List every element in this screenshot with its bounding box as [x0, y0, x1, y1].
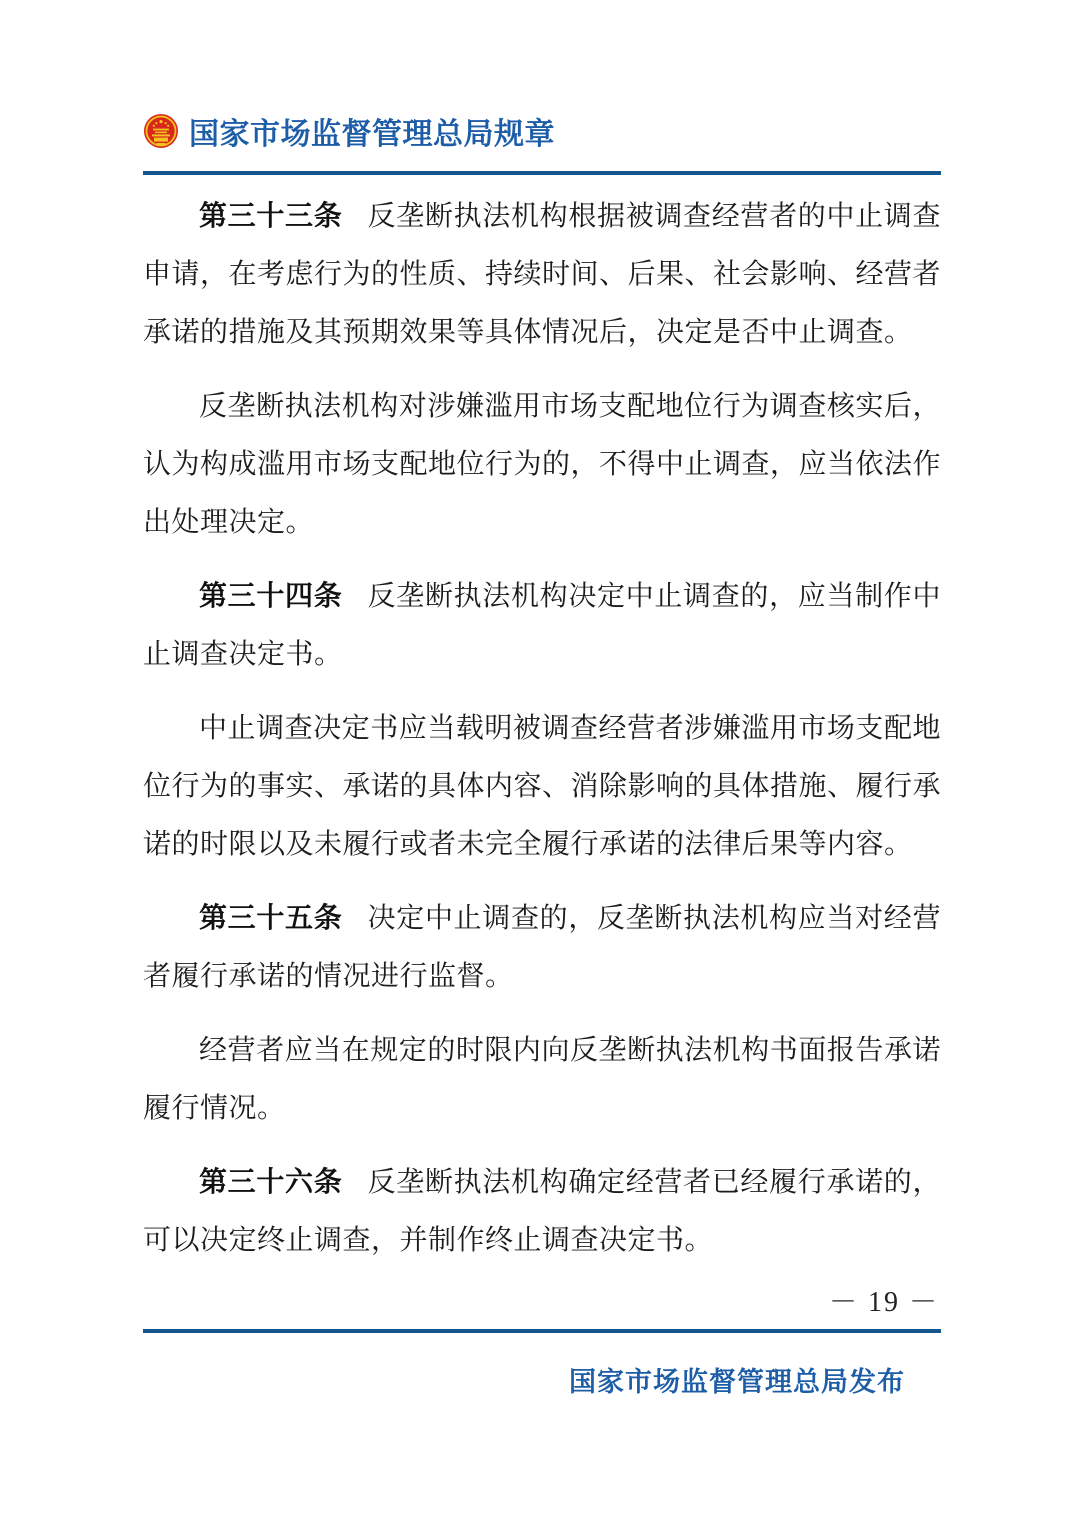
article-text: 经营者应当在规定的时限内向反垄断执法机构书面报告承诺履行情况。 — [143, 1035, 941, 1124]
national-emblem-icon — [143, 112, 179, 157]
article-number: 第三十四条 — [199, 581, 342, 612]
page-number: － 19 － — [829, 1280, 939, 1320]
law-article-paragraph: 第三十五条决定中止调查的，反垄断执法机构应当对经营者履行承诺的情况进行监督。 — [143, 890, 941, 1006]
article-number: 第三十六条 — [199, 1167, 342, 1198]
page-header: 国家市场监督管理总局规章 — [143, 112, 555, 157]
document-body: 第三十三条反垄断执法机构根据被调查经营者的中止调查申请，在考虑行为的性质、持续时… — [143, 188, 941, 1286]
law-article-paragraph: 反垄断执法机构对涉嫌滥用市场支配地位行为调查核实后，认为构成滥用市场支配地位行为… — [143, 378, 941, 552]
article-text: 中止调查决定书应当载明被调查经营者涉嫌滥用市场支配地位行为的事实、承诺的具体内容… — [143, 713, 941, 860]
law-article-paragraph: 经营者应当在规定的时限内向反垄断执法机构书面报告承诺履行情况。 — [143, 1022, 941, 1138]
article-number: 第三十三条 — [199, 201, 342, 232]
header-rule — [143, 171, 941, 175]
law-article-paragraph: 第三十六条反垄断执法机构确定经营者已经履行承诺的，可以决定终止调查，并制作终止调… — [143, 1154, 941, 1270]
article-number: 第三十五条 — [199, 903, 342, 934]
footer-rule — [143, 1329, 941, 1333]
footer-publisher: 国家市场监督管理总局发布 — [569, 1360, 905, 1399]
header-title: 国家市场监督管理总局规章 — [189, 115, 555, 155]
article-text: 反垄断执法机构对涉嫌滥用市场支配地位行为调查核实后，认为构成滥用市场支配地位行为… — [143, 391, 941, 538]
law-article-paragraph: 中止调查决定书应当载明被调查经营者涉嫌滥用市场支配地位行为的事实、承诺的具体内容… — [143, 700, 941, 874]
law-article-paragraph: 第三十三条反垄断执法机构根据被调查经营者的中止调查申请，在考虑行为的性质、持续时… — [143, 188, 941, 362]
document-page: 国家市场监督管理总局规章 第三十三条反垄断执法机构根据被调查经营者的中止调查申请… — [0, 0, 1074, 1520]
law-article-paragraph: 第三十四条反垄断执法机构决定中止调查的，应当制作中止调查决定书。 — [143, 568, 941, 684]
